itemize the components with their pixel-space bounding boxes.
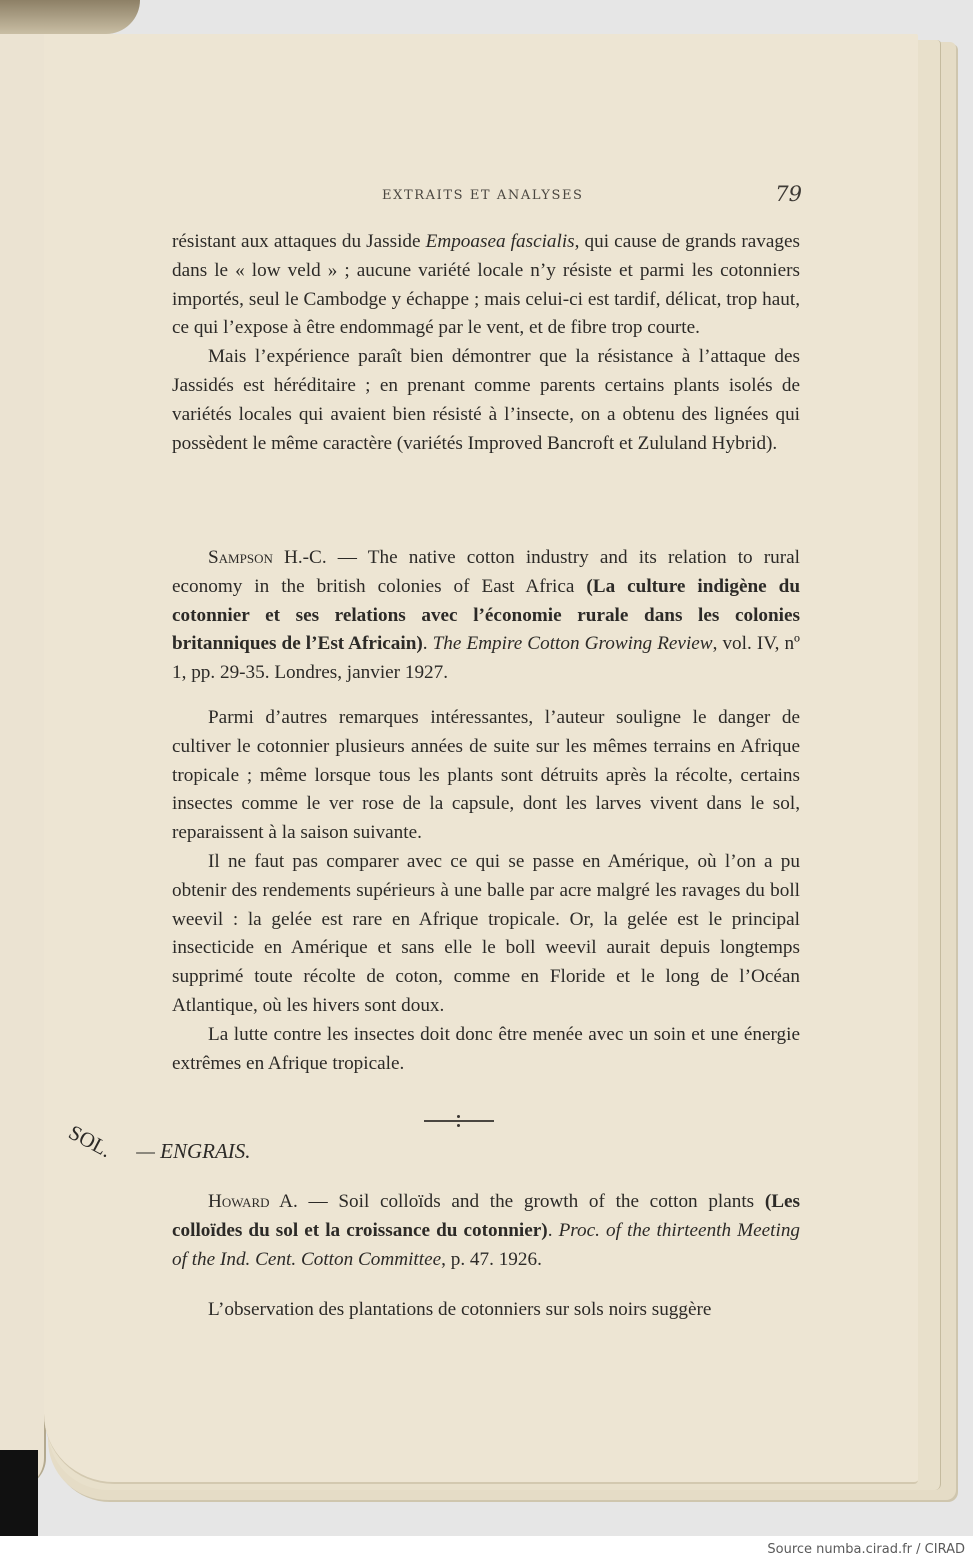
scan-area: EXTRAITS ET ANALYSES 79 résistant aux at… [0, 0, 973, 1536]
citation-author: Sampson H.-C. [208, 547, 327, 568]
facing-page-edge [0, 28, 46, 1488]
summary-sampson: Parmi d’autres remarques intéressantes, … [172, 704, 800, 1078]
paragraph: Il ne faut pas comparer avec ce qui se p… [172, 848, 800, 1021]
section-heading: SOL. — ENGRAIS. [76, 1120, 251, 1145]
paragraph: Mais l’expérience paraît bien démontrer … [172, 343, 800, 458]
citation-details: , p. 47. 1926. [441, 1249, 542, 1270]
section-title: — ENGRAIS. [131, 1139, 251, 1163]
book-binding [0, 0, 140, 34]
source-credit: Source numba.cirad.fr / CIRAD [767, 1542, 965, 1557]
species-name: Empoasea fascialis [426, 231, 575, 252]
citation-title-en: Soil colloïds and the growth of the cott… [338, 1191, 765, 1212]
body-text-continued: résistant aux attaques du Jasside Empoas… [172, 228, 800, 458]
paragraph: L’observation des plantations de cotonni… [172, 1296, 800, 1325]
footer: Source numba.cirad.fr / CIRAD [0, 1536, 973, 1566]
paragraph: résistant aux attaques du Jasside Empoas… [172, 228, 800, 343]
page-header: EXTRAITS ET ANALYSES 79 [382, 182, 802, 212]
section-separator-ornament [424, 1113, 494, 1129]
citation: Howard A. — Soil colloïds and the growth… [172, 1188, 800, 1274]
paragraph: Parmi d’autres remarques intéressantes, … [172, 704, 800, 848]
citation: Sampson H.-C. — The native cotton indust… [172, 544, 800, 688]
reference-howard: Howard A. — Soil colloïds and the growth… [172, 1188, 800, 1274]
summary-howard: L’observation des plantations de cotonni… [172, 1296, 800, 1325]
scan-backdrop-dark [0, 1450, 38, 1536]
paragraph: La lutte contre les insectes doit donc ê… [172, 1021, 800, 1079]
reference-sampson: Sampson H.-C. — The native cotton indust… [172, 544, 800, 688]
running-head: EXTRAITS ET ANALYSES [382, 188, 584, 203]
page-number: 79 [775, 182, 802, 206]
citation-author: Howard A. [208, 1191, 298, 1212]
citation-journal: The Empire Cotton Growing Review [433, 633, 713, 654]
